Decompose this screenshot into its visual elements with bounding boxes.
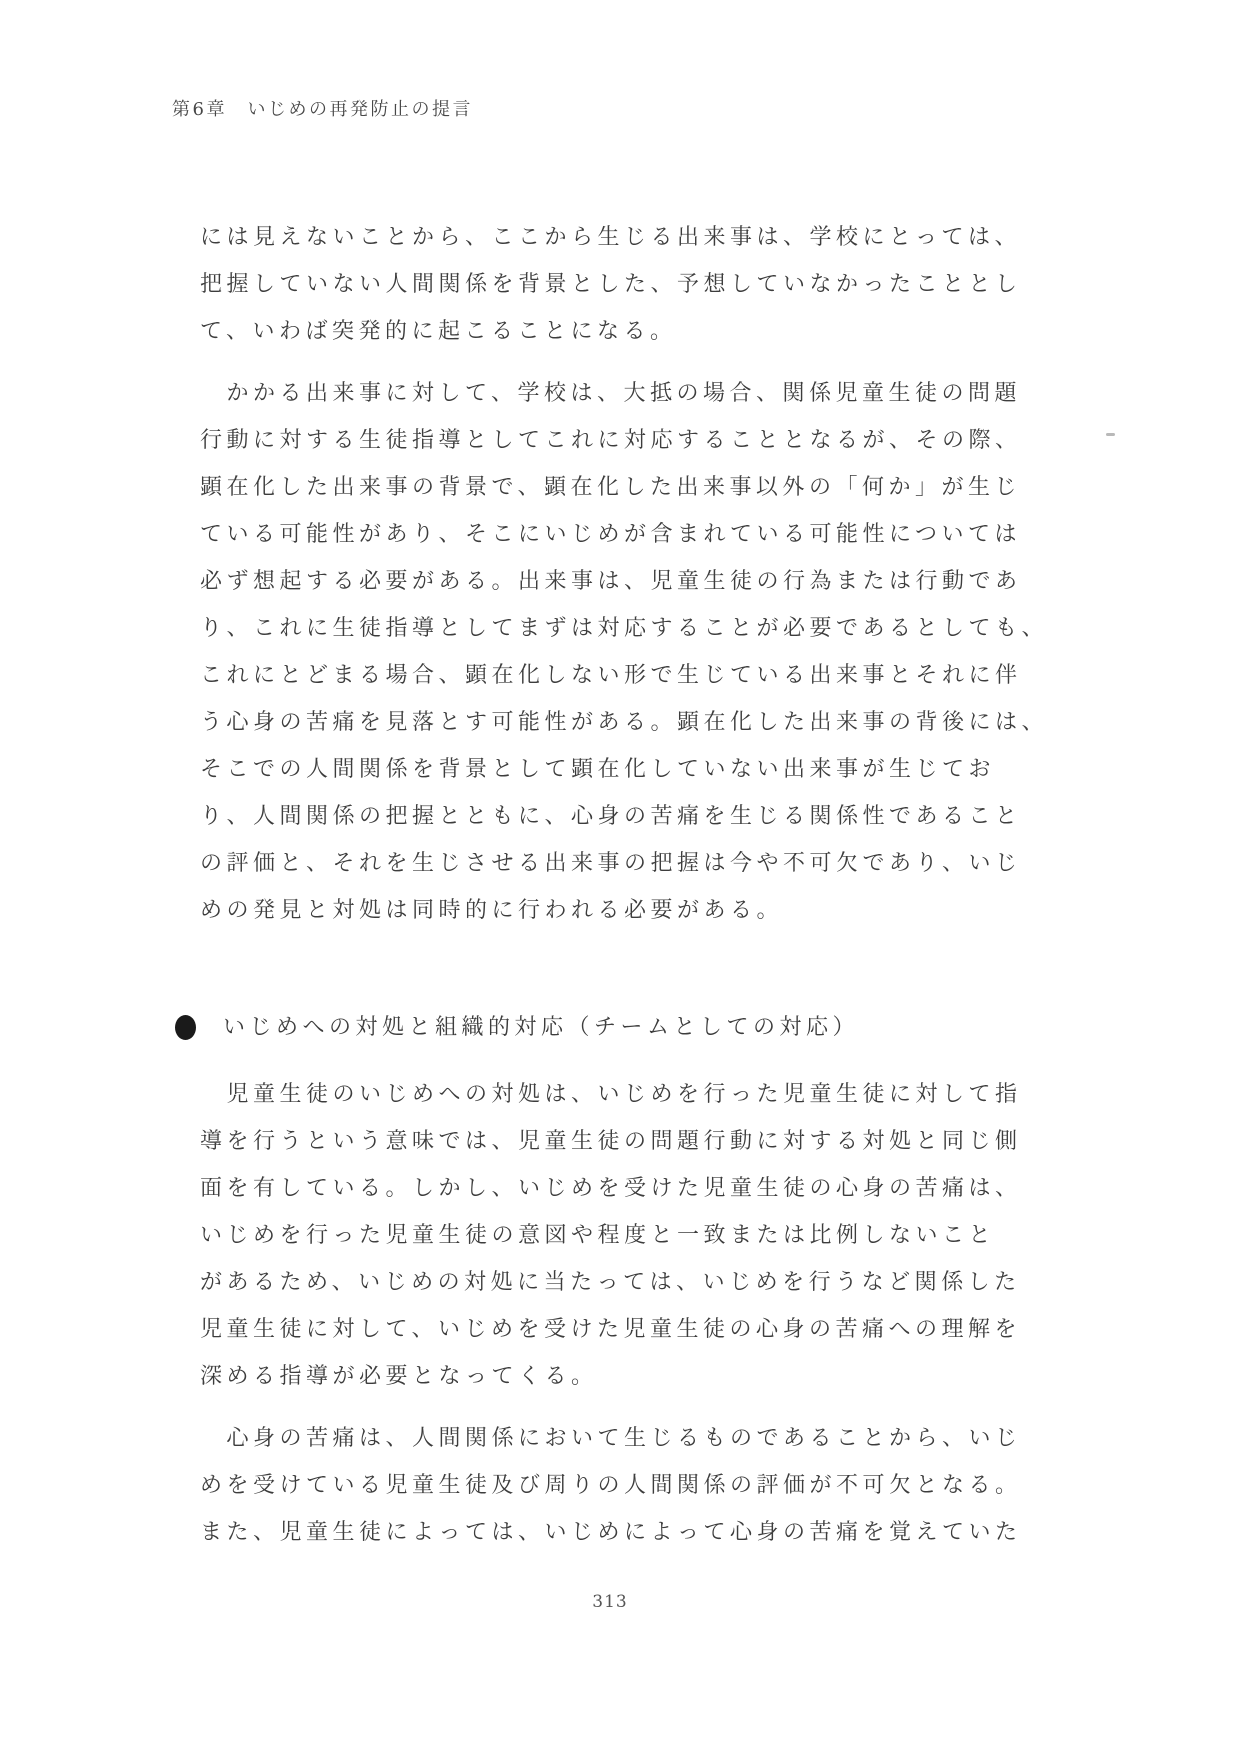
text-line: めの発見と対処は同時的に行われる必要がある。 bbox=[200, 887, 1080, 934]
text-line: う心身の苦痛を見落とす可能性がある。顕在化した出来事の背後には、 bbox=[200, 699, 1080, 746]
text-line: があるため、いじめの対処に当たっては、いじめを行うなど関係した bbox=[200, 1259, 1080, 1306]
text-line: り、人間関係の把握とともに、心身の苦痛を生じる関係性であること bbox=[200, 793, 1080, 840]
body-text-block: には見えないことから、ここから生じる出来事は、学校にとっては、把握していない人間… bbox=[200, 214, 1080, 1571]
text-line: かかる出来事に対して、学校は、大抵の場合、関係児童生徒の問題 bbox=[200, 370, 1080, 417]
text-line: 導を行うという意味では、児童生徒の問題行動に対する対処と同じ側 bbox=[200, 1118, 1080, 1165]
text-line: て、いわば突発的に起こることになる。 bbox=[200, 308, 1080, 355]
text-line: 面を有している。しかし、いじめを受けた児童生徒の心身の苦痛は、 bbox=[200, 1165, 1080, 1212]
bullet-icon bbox=[175, 1015, 196, 1040]
text-line: そこでの人間関係を背景として顕在化していない出来事が生じてお bbox=[200, 746, 1080, 793]
text-line: また、児童生徒によっては、いじめによって心身の苦痛を覚えていた bbox=[200, 1509, 1080, 1556]
section-heading-text: いじめへの対処と組織的対応（チームとしての対応） bbox=[223, 1004, 859, 1051]
text-line: ている可能性があり、そこにいじめが含まれている可能性については bbox=[200, 511, 1080, 558]
text-line: 児童生徒のいじめへの対処は、いじめを行った児童生徒に対して指 bbox=[200, 1071, 1080, 1118]
paragraph-2: かかる出来事に対して、学校は、大抵の場合、関係児童生徒の問題行動に対する生徒指導… bbox=[200, 370, 1080, 934]
text-line: には見えないことから、ここから生じる出来事は、学校にとっては、 bbox=[200, 214, 1080, 261]
section-heading: いじめへの対処と組織的対応（チームとしての対応） bbox=[200, 1004, 1080, 1051]
text-line: 必ず想起する必要がある。出来事は、児童生徒の行為または行動であ bbox=[200, 558, 1080, 605]
paragraph-4: 心身の苦痛は、人間関係において生じるものであることから、いじめを受けている児童生… bbox=[200, 1415, 1080, 1556]
text-line: 児童生徒に対して、いじめを受けた児童生徒の心身の苦痛への理解を bbox=[200, 1306, 1080, 1353]
text-line: めを受けている児童生徒及び周りの人間関係の評価が不可欠となる。 bbox=[200, 1462, 1080, 1509]
text-line: 顕在化した出来事の背景で、顕在化した出来事以外の「何か」が生じ bbox=[200, 464, 1080, 511]
text-line: の評価と、それを生じさせる出来事の把握は今や不可欠であり、いじ bbox=[200, 840, 1080, 887]
text-line: 心身の苦痛は、人間関係において生じるものであることから、いじ bbox=[200, 1415, 1080, 1462]
text-line: り、これに生徒指導としてまずは対応することが必要であるとしても、 bbox=[200, 605, 1080, 652]
text-line: 行動に対する生徒指導としてこれに対応することとなるが、その際、 bbox=[200, 417, 1080, 464]
document-page: 第6章 いじめの再発防止の提言 には見えないことから、ここから生じる出来事は、学… bbox=[0, 0, 1239, 1754]
text-line: 把握していない人間関係を背景とした、予想していなかったこととし bbox=[200, 261, 1080, 308]
paragraph-1: には見えないことから、ここから生じる出来事は、学校にとっては、把握していない人間… bbox=[200, 214, 1080, 355]
text-line: これにとどまる場合、顕在化しない形で生じている出来事とそれに伴 bbox=[200, 652, 1080, 699]
text-line: 深める指導が必要となってくる。 bbox=[200, 1353, 1080, 1400]
page-number: 313 bbox=[560, 1592, 660, 1612]
paragraph-3: 児童生徒のいじめへの対処は、いじめを行った児童生徒に対して指導を行うという意味で… bbox=[200, 1071, 1080, 1400]
chapter-header: 第6章 いじめの再発防止の提言 bbox=[172, 95, 473, 121]
text-line: いじめを行った児童生徒の意図や程度と一致または比例しないこと bbox=[200, 1212, 1080, 1259]
scan-artifact bbox=[1106, 433, 1115, 436]
